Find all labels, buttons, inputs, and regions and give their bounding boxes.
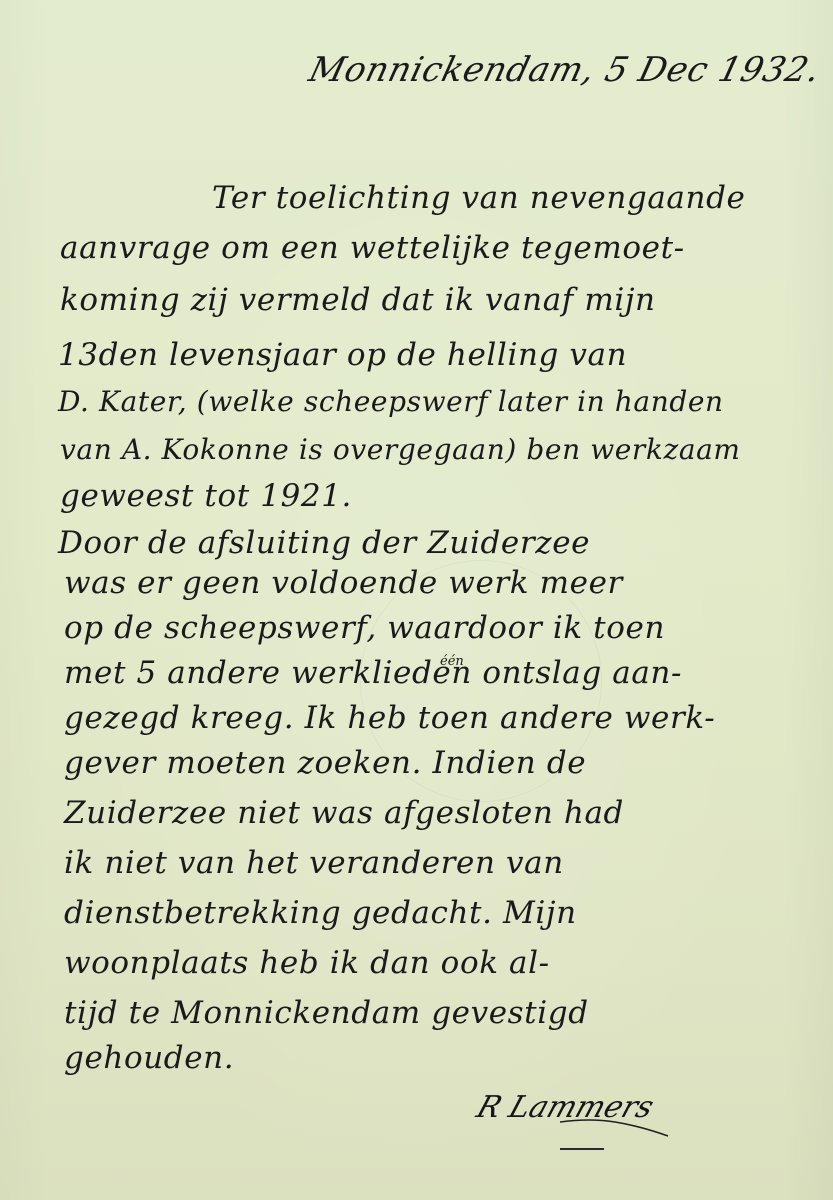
body-line: ik niet van het veranderen van (64, 845, 564, 881)
body-line: op de scheepswerf, waardoor ik toen (64, 610, 665, 646)
body-line: D. Kater, (welke scheepswerf later in ha… (58, 385, 724, 418)
body-line: aanvrage om een wettelijke tegemoet- (60, 230, 685, 266)
body-line: gever moeten zoeken. Indien de (64, 745, 586, 781)
place-date-line: Monnickendam, 5 Dec 1932. (305, 50, 824, 90)
body-line: van A. Kokonne is overgegaan) ben werkza… (60, 433, 741, 466)
body-line: gehouden. (64, 1040, 234, 1076)
body-line: koming zij vermeld dat ik vanaf mijn (60, 282, 656, 318)
body-line: geweest tot 1921. (60, 478, 352, 514)
body-line: woonplaats heb ik dan ook al- (64, 945, 550, 981)
body-line: tijd te Monnickendam gevestigd (64, 995, 589, 1031)
body-line: Ter toelichting van nevengaande (212, 180, 745, 216)
body-line: met 5 andere werklieden ontslag aan- (64, 655, 682, 691)
body-line: dienstbetrekking gedacht. Mijn (64, 895, 577, 931)
body-line: was er geen voldoende werk meer (64, 565, 623, 601)
signature-underline (560, 1148, 604, 1150)
body-line: gezegd kreeg. Ik heb toen andere werk- (64, 700, 715, 736)
signature-flourish (560, 1118, 670, 1138)
body-line: Zuiderzee niet was afgesloten had (64, 795, 624, 831)
body-line: 13den levensjaar op de helling van (58, 337, 627, 373)
interlinear-insertion: één (440, 654, 464, 669)
body-line: Door de afsluiting der Zuiderzee (58, 525, 590, 561)
